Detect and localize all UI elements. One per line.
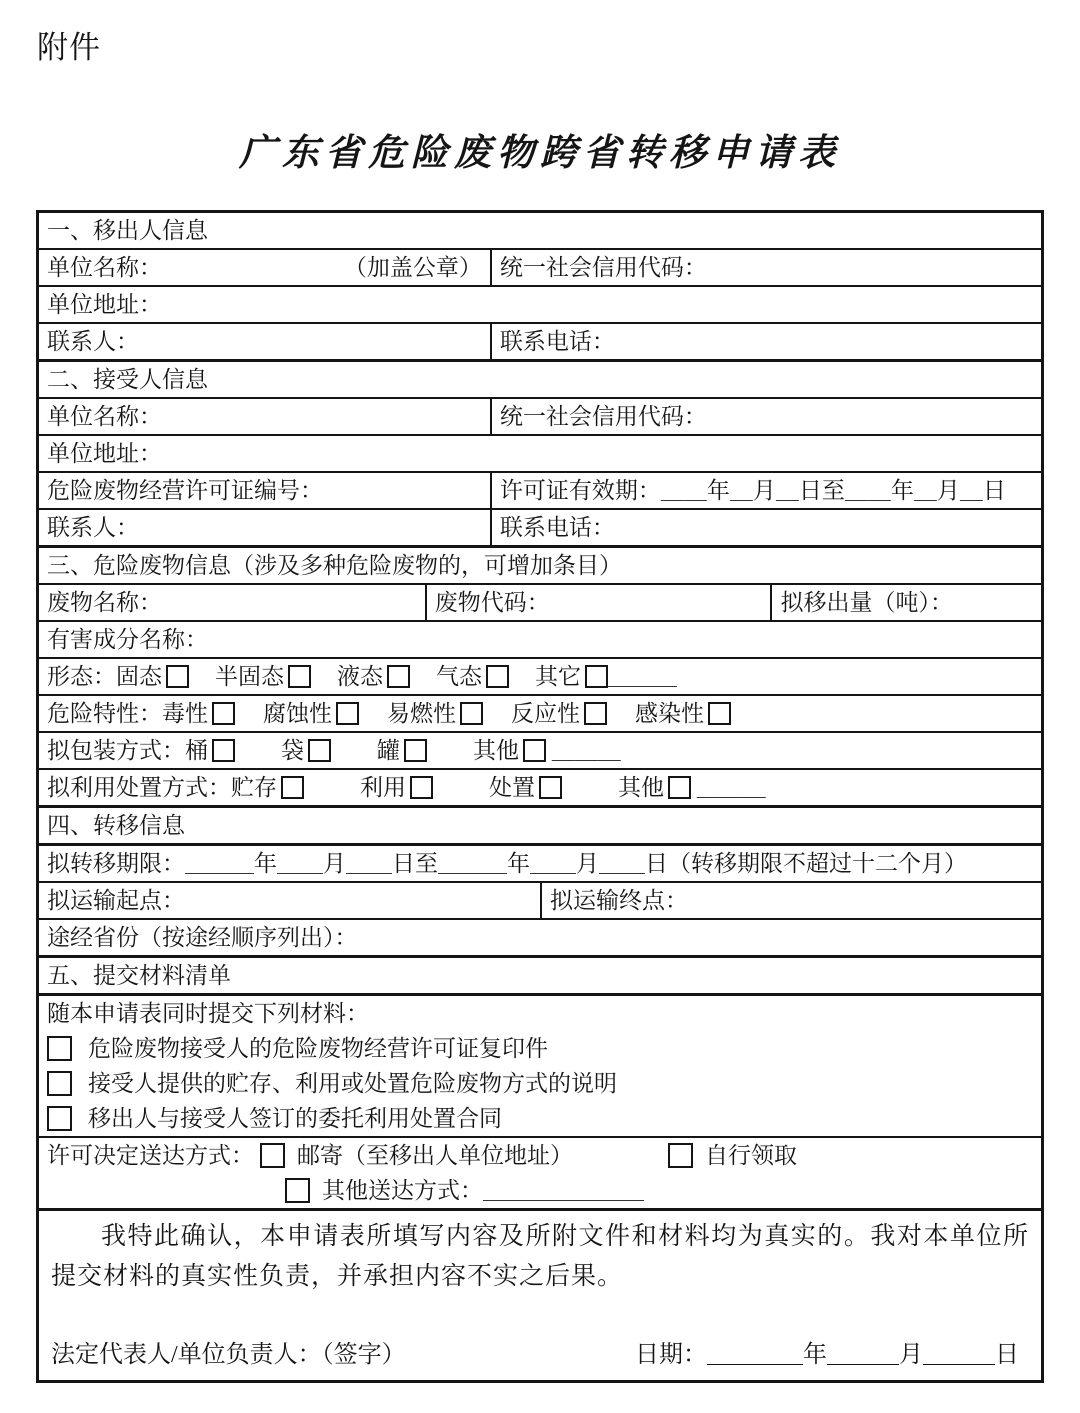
delivery-method-label: 许可决定送达方式：: [47, 1142, 254, 1170]
row-transferor-address: 单位地址：: [39, 285, 1041, 322]
license-validity-cell: 许可证有效期：＿＿年＿月＿日至＿＿年＿月＿日: [490, 473, 1041, 508]
transferor-credit-code-cell: 统一社会信用代码：: [490, 250, 1041, 285]
row-waste-identity: 废物名称： 废物代码： 拟移出量（吨）：: [39, 583, 1041, 620]
attachment-label: 附件: [37, 22, 101, 67]
transferor-contact-label: 联系人：: [47, 328, 139, 356]
row-section4-header: 四、转移信息: [39, 805, 1041, 843]
shape-gas-label: 气态: [436, 663, 482, 691]
disposal-storage-checkbox[interactable]: [281, 776, 304, 799]
transferor-unit-name-cell: 单位名称： （加盖公章）: [39, 250, 490, 285]
delivery-other-checkbox[interactable]: [285, 1178, 310, 1203]
hazard-corrosive-checkbox[interactable]: [336, 702, 359, 725]
disposal-label: 拟利用处置方式：: [47, 774, 231, 802]
section4-header: 四、转移信息: [39, 808, 1041, 843]
recipient-unit-name-label: 单位名称：: [47, 403, 162, 431]
document-page: 附件 广东省危险废物跨省转移申请表 一、移出人信息 单位名称： （加盖公章） 统…: [0, 0, 1080, 1413]
transferor-credit-code-label: 统一社会信用代码：: [500, 254, 707, 282]
recipient-address-label: 单位地址：: [47, 440, 162, 468]
packaging-cell: 拟包装方式： 桶 袋 罐 其他 ＿＿＿: [39, 733, 1041, 768]
shape-label: 形态：: [47, 663, 116, 691]
hazard-toxic-label: 毒性: [162, 700, 208, 728]
waste-amount-label: 拟移出量（吨）：: [780, 589, 953, 617]
transport-destination-label: 拟运输终点：: [550, 887, 688, 915]
transferor-address-label: 单位地址：: [47, 291, 162, 319]
material-2-label: 接受人提供的贮存、利用或处置危险废物方式的说明: [88, 1070, 617, 1098]
materials-intro-label: 随本申请表同时提交下列材料：: [47, 1000, 369, 1028]
material-2-checkbox[interactable]: [47, 1071, 72, 1096]
transport-origin-label: 拟运输起点：: [47, 887, 185, 915]
delivery-line-1: 许可决定送达方式： 邮寄（至移出人单位地址） 自行领取: [47, 1138, 1033, 1173]
shape-solid-checkbox[interactable]: [166, 665, 189, 688]
recipient-phone-label: 联系电话：: [500, 514, 615, 542]
row-harmful-components: 有害成分名称：: [39, 620, 1041, 657]
transport-origin-cell: 拟运输起点：: [39, 883, 540, 918]
declaration-text: 我特此确认，本申请表所填写内容及所附文件和材料均为真实的。我对本单位所提交材料的…: [51, 1217, 1029, 1297]
packaging-barrel-checkbox[interactable]: [212, 739, 235, 762]
physical-shape-cell: 形态： 固态 半固态 液态 气态 其它 ＿＿＿: [39, 659, 1041, 694]
disposal-dispose-label: 处置: [489, 774, 535, 802]
packaging-other-label: 其他: [473, 737, 519, 765]
delivery-line-2: 其他送达方式： ＿＿＿＿＿＿＿: [47, 1173, 1033, 1208]
waste-code-cell: 废物代码：: [425, 585, 771, 620]
material-3-checkbox[interactable]: [47, 1106, 72, 1131]
disposal-other-blank: ＿＿＿: [691, 774, 766, 802]
row-transfer-period: 拟转移期限：＿＿＿年＿＿月＿＿日至＿＿＿年＿＿月＿＿日（转移期限不超过十二个月）: [39, 843, 1041, 881]
row-declaration: 我特此确认，本申请表所填写内容及所附文件和材料均为真实的。我对本单位所提交材料的…: [39, 1208, 1041, 1380]
harmful-components-label: 有害成分名称：: [47, 626, 208, 654]
disposal-use-label: 利用: [360, 774, 406, 802]
material-3-label: 移出人与接受人签订的委托利用处置合同: [88, 1105, 502, 1133]
row-section2-header: 二、接受人信息: [39, 359, 1041, 397]
row-transferor-contact: 联系人： 联系电话：: [39, 322, 1041, 359]
transferor-unit-name-label: 单位名称：: [47, 254, 162, 282]
license-no-cell: 危险废物经营许可证编号：: [39, 473, 490, 508]
shape-other-label: 其它: [535, 663, 581, 691]
shape-solid-label: 固态: [116, 663, 162, 691]
delivery-other-label: 其他送达方式：: [322, 1177, 483, 1205]
row-transit-provinces: 途经省份（按途经顺序列出）：: [39, 918, 1041, 955]
seal-note: （加盖公章）: [344, 254, 482, 282]
packaging-barrel-label: 桶: [185, 737, 208, 765]
hazard-traits-cell: 危险特性： 毒性 腐蚀性 易燃性 反应性 感染性: [39, 696, 1041, 731]
transit-provinces-cell: 途经省份（按途经顺序列出）：: [39, 920, 1041, 955]
material-line-3: 移出人与接受人签订的委托利用处置合同: [47, 1101, 1033, 1136]
hazard-flammable-label: 易燃性: [387, 700, 456, 728]
section3-header: 三、危险废物信息（涉及多种危险废物的，可增加条目）: [39, 548, 1041, 583]
license-no-label: 危险废物经营许可证编号：: [47, 477, 323, 505]
material-1-label: 危险废物接受人的危险废物经营许可证复印件: [88, 1035, 548, 1063]
section2-header: 二、接受人信息: [39, 362, 1041, 397]
delivery-pickup-checkbox[interactable]: [668, 1143, 693, 1168]
recipient-phone-cell: 联系电话：: [490, 510, 1041, 545]
material-line-1: 危险废物接受人的危险废物经营许可证复印件: [47, 1031, 1033, 1066]
row-section5-header: 五、提交材料清单: [39, 955, 1041, 993]
disposal-use-checkbox[interactable]: [410, 776, 433, 799]
delivery-pickup-label: 自行领取: [705, 1142, 797, 1170]
hazard-corrosive-label: 腐蚀性: [263, 700, 332, 728]
row-transferor-unit-name: 单位名称： （加盖公章） 统一社会信用代码：: [39, 248, 1041, 285]
disposal-storage-label: 贮存: [231, 774, 277, 802]
material-1-checkbox[interactable]: [47, 1036, 72, 1061]
packaging-other-checkbox[interactable]: [523, 739, 546, 762]
packaging-tank-label: 罐: [377, 737, 400, 765]
license-validity-label: 许可证有效期：＿＿年＿月＿日至＿＿年＿月＿日: [500, 477, 1006, 505]
materials-intro-line: 随本申请表同时提交下列材料：: [47, 996, 1033, 1031]
shape-other-blank: ＿＿＿: [608, 663, 677, 691]
recipient-contact-label: 联系人：: [47, 514, 139, 542]
transfer-period-cell: 拟转移期限：＿＿＿年＿＿月＿＿日至＿＿＿年＿＿月＿＿日（转移期限不超过十二个月）: [39, 846, 1041, 881]
packaging-bag-checkbox[interactable]: [308, 739, 331, 762]
recipient-address-cell: 单位地址：: [39, 436, 1041, 471]
hazard-toxic-checkbox[interactable]: [212, 702, 235, 725]
row-hazard-traits: 危险特性： 毒性 腐蚀性 易燃性 反应性 感染性: [39, 694, 1041, 731]
signature-date-line: 法定代表人/单位负责人：（签字） 日期：＿＿＿＿年＿＿＿月＿＿＿日: [51, 1341, 1029, 1370]
shape-gas-checkbox[interactable]: [486, 665, 509, 688]
row-section1-header: 一、移出人信息: [39, 213, 1041, 248]
recipient-unit-name-cell: 单位名称：: [39, 399, 490, 434]
delivery-mail-checkbox[interactable]: [260, 1143, 285, 1168]
section5-header: 五、提交材料清单: [39, 958, 1041, 993]
hazard-reactive-checkbox[interactable]: [584, 702, 607, 725]
row-transport-points: 拟运输起点： 拟运输终点：: [39, 881, 1041, 918]
hazard-infectious-label: 感染性: [635, 700, 704, 728]
row-recipient-unit-name: 单位名称： 统一社会信用代码：: [39, 397, 1041, 434]
disposal-method-cell: 拟利用处置方式： 贮存 利用 处置 其他 ＿＿＿: [39, 770, 1041, 805]
recipient-credit-code-label: 统一社会信用代码：: [500, 403, 707, 431]
row-physical-shape: 形态： 固态 半固态 液态 气态 其它 ＿＿＿: [39, 657, 1041, 694]
transferor-phone-cell: 联系电话：: [490, 324, 1041, 359]
hazard-reactive-label: 反应性: [511, 700, 580, 728]
hazard-flammable-checkbox[interactable]: [460, 702, 483, 725]
row-delivery-method: 许可决定送达方式： 邮寄（至移出人单位地址） 自行领取 其他送达方式： ＿＿＿＿…: [39, 1136, 1041, 1208]
harmful-components-cell: 有害成分名称：: [39, 622, 1041, 657]
transfer-period-label: 拟转移期限：＿＿＿年＿＿月＿＿日至＿＿＿年＿＿月＿＿日（转移期限不超过十二个月）: [47, 850, 967, 878]
row-materials-list: 随本申请表同时提交下列材料： 危险废物接受人的危险废物经营许可证复印件 接受人提…: [39, 993, 1041, 1136]
waste-amount-cell: 拟移出量（吨）：: [770, 585, 1041, 620]
packaging-bag-label: 袋: [281, 737, 304, 765]
row-section3-header: 三、危险废物信息（涉及多种危险废物的，可增加条目）: [39, 545, 1041, 583]
section1-header: 一、移出人信息: [39, 213, 1041, 248]
application-form-table: 一、移出人信息 单位名称： （加盖公章） 统一社会信用代码： 单位地址： 联系人…: [36, 210, 1044, 1383]
shape-other-checkbox[interactable]: [585, 665, 608, 688]
shape-liquid-label: 液态: [337, 663, 383, 691]
disposal-other-checkbox[interactable]: [668, 776, 691, 799]
waste-name-label: 废物名称：: [47, 589, 162, 617]
waste-code-label: 废物代码：: [435, 589, 550, 617]
row-packaging: 拟包装方式： 桶 袋 罐 其他 ＿＿＿: [39, 731, 1041, 768]
transferor-phone-label: 联系电话：: [500, 328, 615, 356]
hazard-infectious-checkbox[interactable]: [708, 702, 731, 725]
transferor-address-cell: 单位地址：: [39, 287, 1041, 322]
recipient-credit-code-cell: 统一社会信用代码：: [490, 399, 1041, 434]
disposal-dispose-checkbox[interactable]: [539, 776, 562, 799]
shape-semisolid-checkbox[interactable]: [288, 665, 311, 688]
packaging-other-blank: ＿＿＿: [546, 737, 621, 765]
form-title: 广东省危险废物跨省转移申请表: [0, 122, 1080, 176]
row-recipient-license: 危险废物经营许可证编号： 许可证有效期：＿＿年＿月＿日至＿＿年＿月＿日: [39, 471, 1041, 508]
material-line-2: 接受人提供的贮存、利用或处置危险废物方式的说明: [47, 1066, 1033, 1101]
delivery-other-blank: ＿＿＿＿＿＿＿: [483, 1177, 644, 1205]
transport-destination-cell: 拟运输终点：: [540, 883, 1041, 918]
packaging-label: 拟包装方式：: [47, 737, 185, 765]
waste-name-cell: 废物名称：: [39, 585, 425, 620]
signature-label: 法定代表人/单位负责人：（签字）: [51, 1341, 406, 1370]
recipient-contact-cell: 联系人：: [39, 510, 490, 545]
row-recipient-address: 单位地址：: [39, 434, 1041, 471]
transit-provinces-label: 途经省份（按途经顺序列出）：: [47, 924, 358, 952]
hazard-label: 危险特性：: [47, 700, 162, 728]
packaging-tank-checkbox[interactable]: [404, 739, 427, 762]
date-label: 日期：＿＿＿＿年＿＿＿月＿＿＿日: [635, 1341, 1029, 1370]
row-disposal-method: 拟利用处置方式： 贮存 利用 处置 其他 ＿＿＿: [39, 768, 1041, 805]
row-recipient-contact: 联系人： 联系电话：: [39, 508, 1041, 545]
shape-liquid-checkbox[interactable]: [387, 665, 410, 688]
transferor-contact-cell: 联系人：: [39, 324, 490, 359]
disposal-other-label: 其他: [618, 774, 664, 802]
shape-semisolid-label: 半固态: [215, 663, 284, 691]
delivery-mail-label: 邮寄（至移出人单位地址）: [297, 1142, 573, 1170]
